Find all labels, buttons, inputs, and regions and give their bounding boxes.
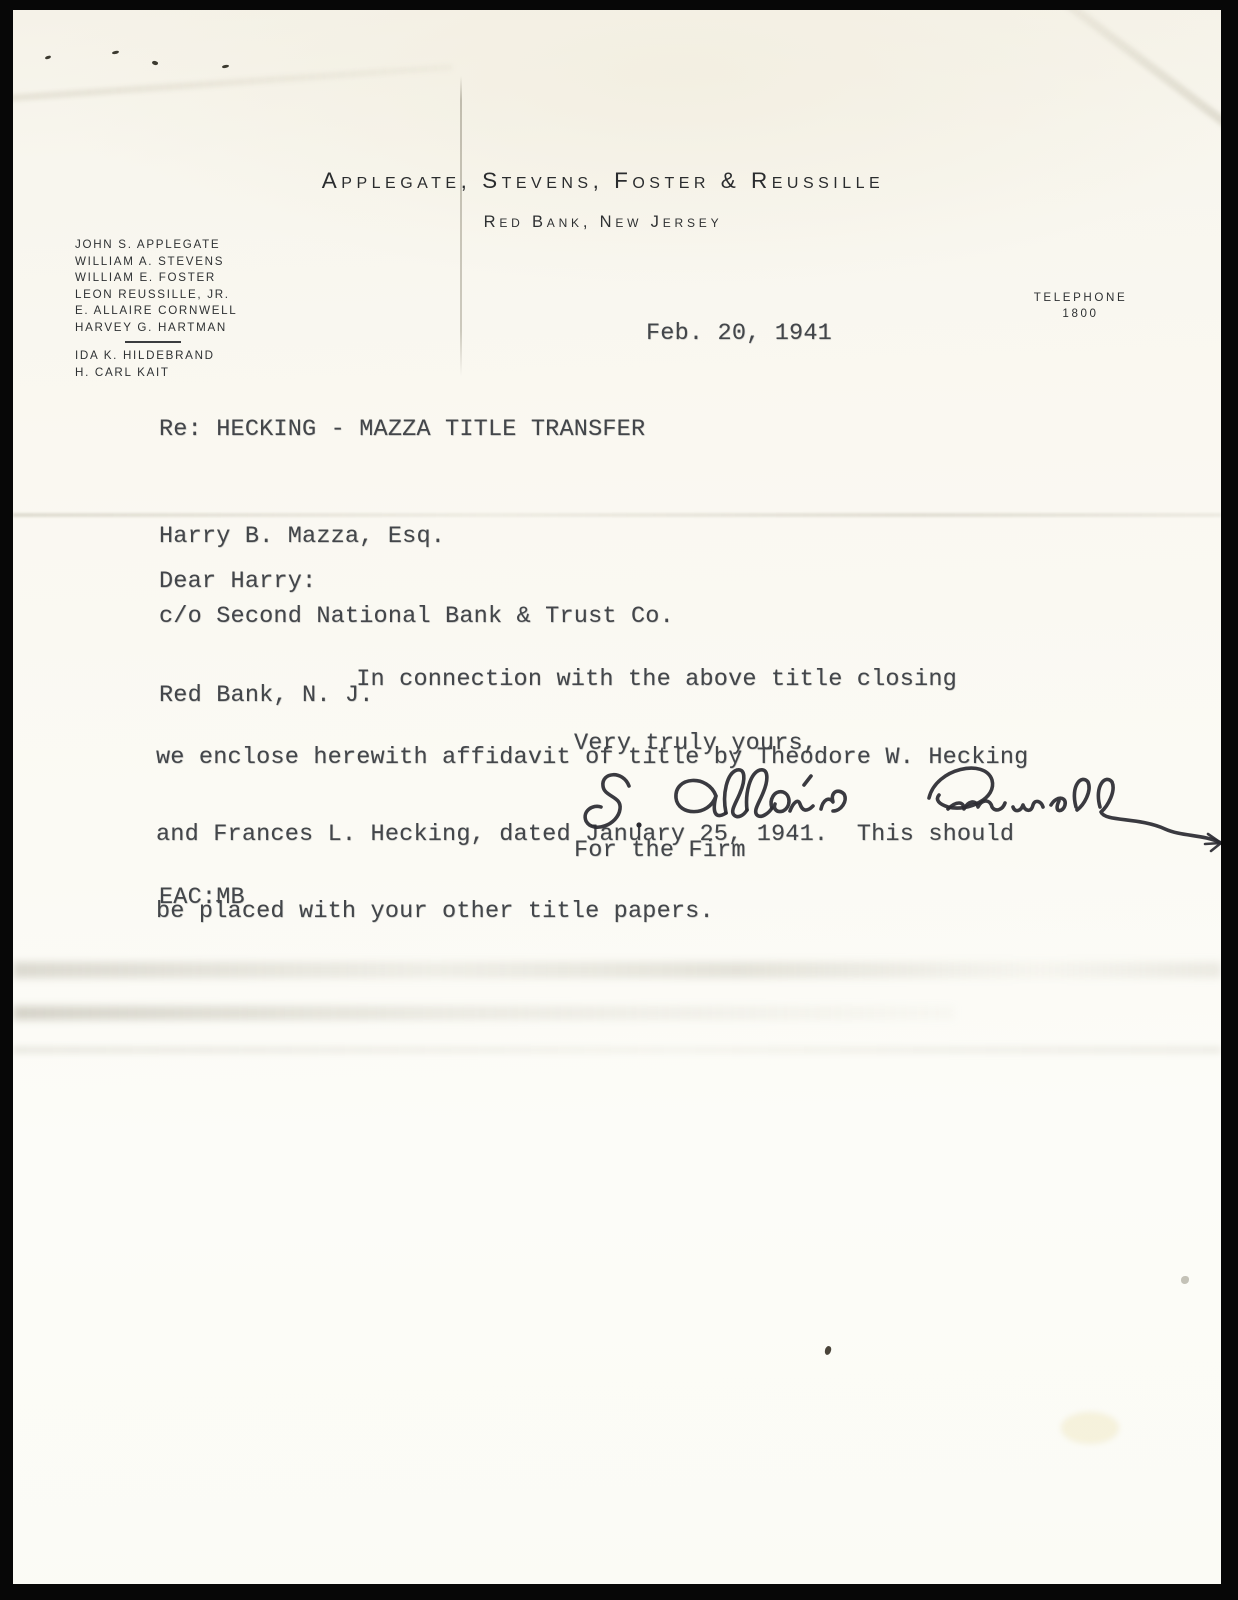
attorney-list-divider xyxy=(125,341,181,343)
ink-speck xyxy=(222,65,229,69)
paper-mark xyxy=(1181,1276,1189,1284)
attorney-name: LEON REUSSILLE, JR. xyxy=(75,287,237,304)
ink-speck xyxy=(112,50,119,54)
horizontal-crease-shadow xyxy=(13,1046,1221,1054)
salutation: Dear Harry: xyxy=(159,568,316,595)
attorney-name: E. ALLAIRE CORNWELL xyxy=(75,303,237,320)
telephone-number: 1800 xyxy=(1003,306,1158,322)
telephone-label: TELEPHONE xyxy=(1003,290,1158,306)
top-left-crease xyxy=(13,64,453,104)
attorney-name: WILLIAM A. STEVENS xyxy=(75,254,237,271)
reference-initials: EAC:MB xyxy=(159,884,245,911)
subject-line: Re: HECKING - MAZZA TITLE TRANSFER xyxy=(159,416,645,443)
letter-paper: Applegate, Stevens, Foster & Reussille R… xyxy=(13,10,1221,1584)
recipient-line: Harry B. Mazza, Esq. xyxy=(159,524,674,551)
body-line: In connection with the above title closi… xyxy=(156,667,1028,693)
staff-name: H. CARL KAIT xyxy=(75,365,237,382)
attorney-name: WILLIAM E. FOSTER xyxy=(75,270,237,287)
staff-name: IDA K. HILDEBRAND xyxy=(75,348,237,365)
tape-smudge xyxy=(1061,1412,1119,1444)
telephone-block: TELEPHONE 1800 xyxy=(1003,290,1158,322)
attorney-name: HARVEY G. HARTMAN xyxy=(75,320,237,337)
horizontal-crease-shadow xyxy=(13,1006,955,1020)
signed-for-line: For the Firm xyxy=(574,837,746,864)
ink-speck xyxy=(151,60,158,66)
closing-line: Very truly yours, xyxy=(574,730,817,757)
firm-city: Red Bank, New Jersey xyxy=(13,213,1207,232)
scanned-letter: Applegate, Stevens, Foster & Reussille R… xyxy=(0,0,1238,1600)
attorney-list: JOHN S. APPLEGATE WILLIAM A. STEVENS WIL… xyxy=(75,237,237,381)
top-right-paper-edge xyxy=(1006,10,1221,132)
attorney-name: JOHN S. APPLEGATE xyxy=(75,237,237,254)
letter-date: Feb. 20, 1941 xyxy=(646,320,832,347)
body-line: be placed with your other title papers. xyxy=(156,899,1028,925)
ink-speck xyxy=(824,1345,832,1355)
firm-name: Applegate, Stevens, Foster & Reussille xyxy=(13,168,1207,194)
ink-speck xyxy=(45,55,52,59)
